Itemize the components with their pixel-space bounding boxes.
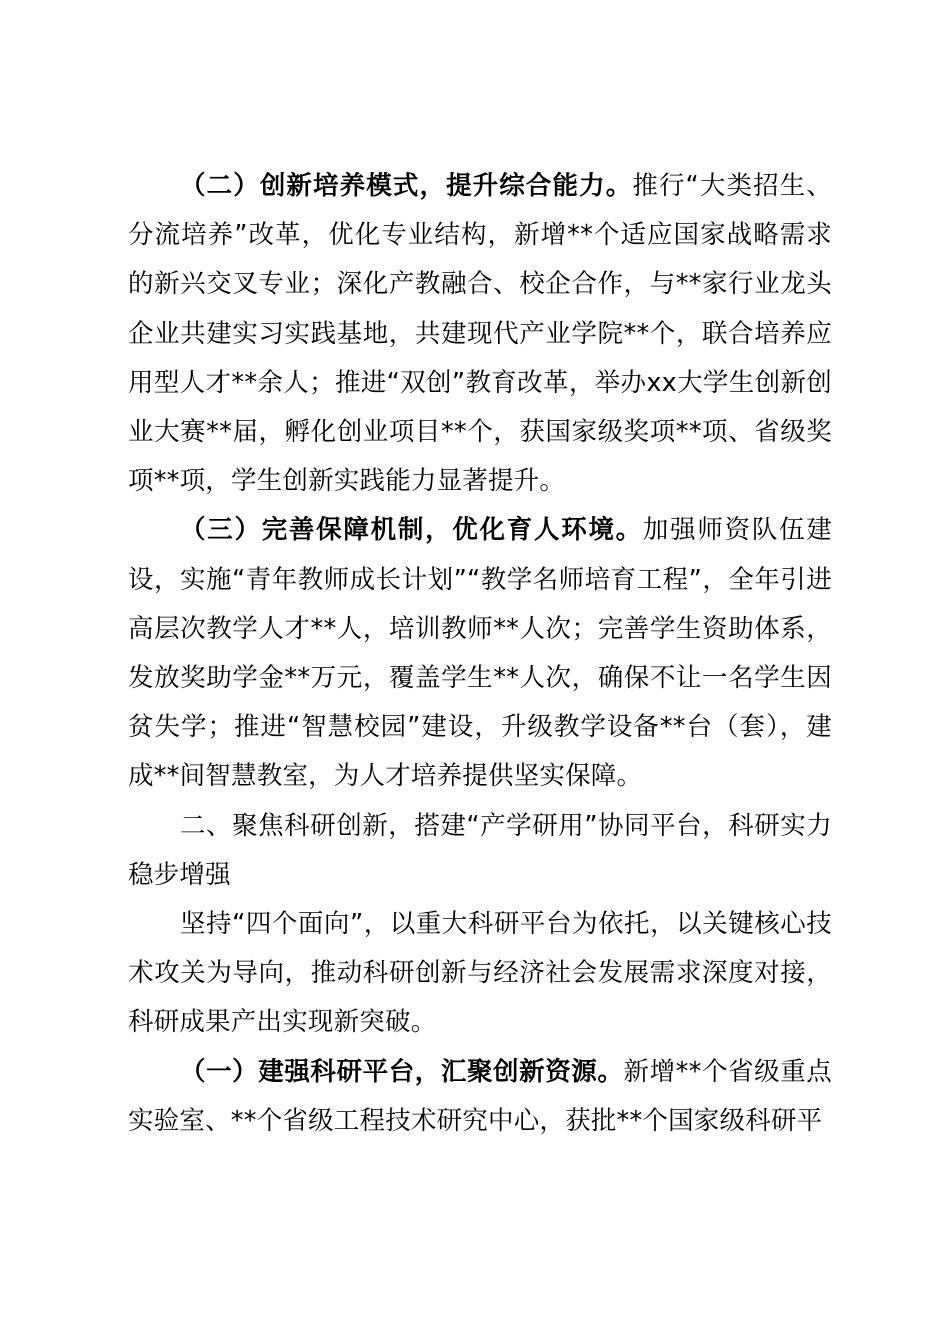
paragraph-body: 加强师资队伍建设，实施“青年教师成长计划”“教学名师培育工程”，全年引进高层次教… — [128, 515, 832, 791]
subsection-lead: （一）建强科研平台，汇聚创新资源。 — [180, 1057, 623, 1087]
paragraph-body: 坚持“四个面向”，以重大科研平台为依托，以关键核心技术攻关为导向，推动科研创新与… — [128, 909, 832, 1037]
document-page: （二）创新培养模式，提升综合能力。推行“大类招生、分流培养”改革，优化专业结构，… — [128, 162, 832, 1146]
paragraph-research-intro: 坚持“四个面向”，以重大科研平台为依托，以关键核心技术攻关为导向，推动科研创新与… — [128, 900, 832, 1048]
section-heading-research: 二、聚焦科研创新，搭建“产学研用”协同平台，科研实力稳步增强 — [128, 802, 832, 900]
paragraph-body: 推行“大类招生、分流培养”改革，优化专业结构，新增**个适应国家战略需求的新兴交… — [128, 171, 832, 496]
paragraph-support-mechanism: （三）完善保障机制，优化育人环境。加强师资队伍建设，实施“青年教师成长计划”“教… — [128, 506, 832, 801]
section-heading-text: 二、聚焦科研创新，搭建“产学研用”协同平台，科研实力稳步增强 — [128, 811, 832, 890]
subsection-lead: （二）创新培养模式，提升综合能力。 — [180, 171, 632, 201]
subsection-lead: （三）完善保障机制，优化育人环境。 — [180, 515, 643, 545]
paragraph-innovation-training: （二）创新培养模式，提升综合能力。推行“大类招生、分流培养”改革，优化专业结构，… — [128, 162, 832, 506]
paragraph-research-platform: （一）建强科研平台，汇聚创新资源。新增**个省级重点实验室、**个省级工程技术研… — [128, 1048, 832, 1146]
